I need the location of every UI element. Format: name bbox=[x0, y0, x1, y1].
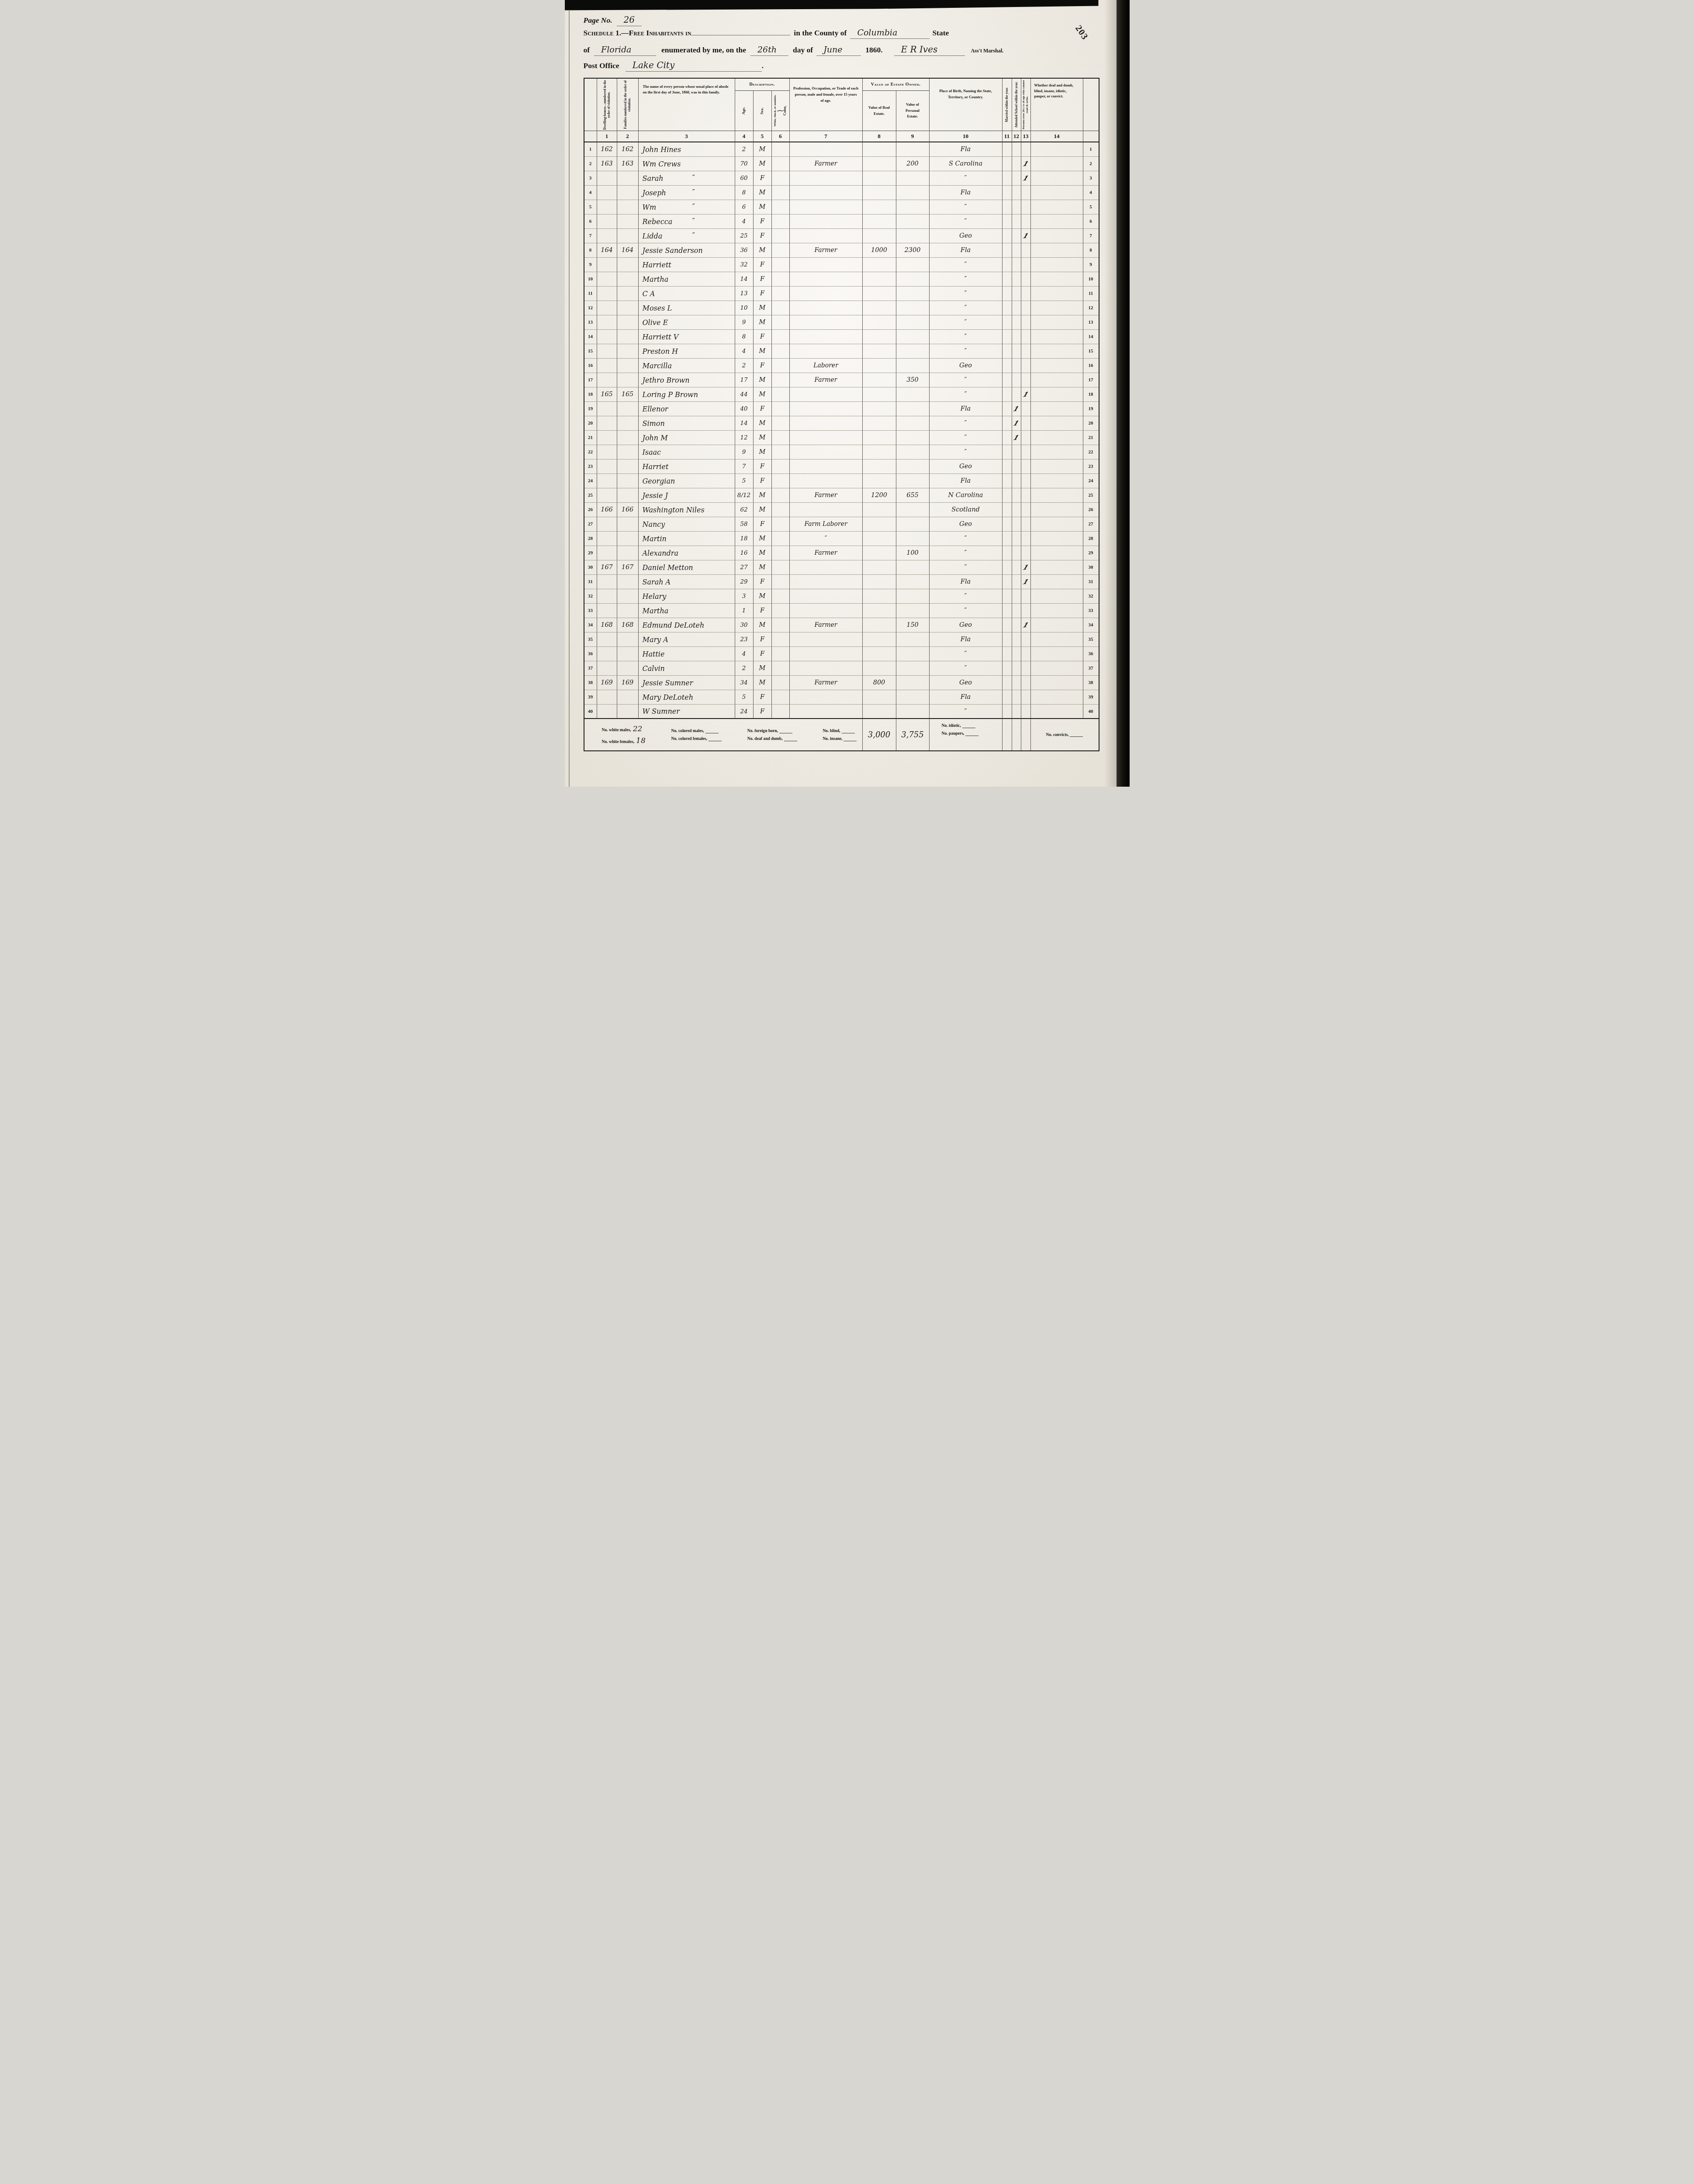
dwelling-number: 162 bbox=[597, 142, 617, 157]
color-value bbox=[772, 546, 790, 560]
color-value bbox=[772, 661, 790, 676]
color-value bbox=[772, 445, 790, 460]
convicts-blank bbox=[1070, 733, 1083, 737]
attended-school-mark bbox=[1012, 705, 1021, 719]
attended-school-mark: 1 bbox=[1012, 416, 1021, 431]
paupers-label: No. paupers, bbox=[942, 731, 965, 736]
dwelling-number bbox=[597, 373, 617, 387]
color-value bbox=[772, 632, 790, 647]
birthplace-value: Fla bbox=[930, 690, 1003, 705]
header-occupation: Profession, Occupation, or Trade of each… bbox=[790, 79, 863, 131]
remarks-value bbox=[1031, 532, 1083, 546]
row-line-number-right: 30 bbox=[1083, 560, 1099, 575]
occupation-value: Farmer bbox=[790, 157, 863, 171]
person-name: John Hines bbox=[639, 142, 735, 157]
married-within-year-mark bbox=[1003, 387, 1012, 402]
remarks-value bbox=[1031, 604, 1083, 618]
age-value: 4 bbox=[735, 214, 754, 229]
sex-value: M bbox=[754, 431, 772, 445]
personal-estate-value bbox=[896, 344, 930, 359]
header-description-group: Description. bbox=[735, 79, 790, 91]
remarks-value bbox=[1031, 258, 1083, 272]
remarks-value bbox=[1031, 359, 1083, 373]
color-value bbox=[772, 243, 790, 258]
row-line-number-right: 11 bbox=[1083, 287, 1099, 301]
birthplace-value: ″ bbox=[930, 661, 1003, 676]
age-value: 10 bbox=[735, 301, 754, 315]
convicts-tally: No. convicts, bbox=[1031, 719, 1099, 750]
sex-value: M bbox=[754, 618, 772, 632]
real-estate-value bbox=[863, 214, 896, 229]
estate-group-label: Value of Estate Owned. bbox=[871, 82, 920, 87]
header-estate-group: Value of Estate Owned. bbox=[863, 79, 930, 91]
birthplace-value: Fla bbox=[930, 632, 1003, 647]
header-color: White, black, or mulatto. { Color, bbox=[772, 91, 790, 131]
color-value bbox=[772, 705, 790, 719]
remarks-value bbox=[1031, 560, 1083, 575]
white-tally: No. white males,22 No. white females,18 bbox=[602, 722, 646, 748]
real-estate-value bbox=[863, 460, 896, 474]
birthplace-value: ″ bbox=[930, 301, 1003, 315]
attended-school-mark bbox=[1012, 560, 1021, 575]
dwelling-header-label: Dwelling-houses—numbered in the order of… bbox=[603, 79, 611, 130]
day-value: 26th bbox=[750, 45, 788, 56]
row-line-number-right: 37 bbox=[1083, 661, 1099, 676]
remarks-value bbox=[1031, 632, 1083, 647]
personal-estate-value bbox=[896, 532, 930, 546]
colored-females-label: No. colored females, bbox=[671, 736, 707, 741]
real-estate-value bbox=[863, 575, 896, 589]
dwelling-number: 168 bbox=[597, 618, 617, 632]
dwelling-number: 167 bbox=[597, 560, 617, 575]
surname-ditto-mark: ″ bbox=[692, 202, 695, 211]
birthplace-value: ″ bbox=[930, 171, 1003, 186]
cannot-read-write-mark: 1 bbox=[1021, 229, 1031, 243]
cannot-read-write-mark bbox=[1021, 676, 1031, 690]
personal-estate-value bbox=[896, 575, 930, 589]
family-number bbox=[617, 431, 639, 445]
cannot-read-write-mark: 1 bbox=[1021, 387, 1031, 402]
age-value: 2 bbox=[735, 359, 754, 373]
person-name-text: Jessie J bbox=[643, 491, 668, 500]
real-estate-value bbox=[863, 503, 896, 517]
remarks-header-label: Whether deaf and dumb, blind, insane, id… bbox=[1031, 79, 1083, 100]
remarks-value bbox=[1031, 445, 1083, 460]
personal-estate-value bbox=[896, 287, 930, 301]
header-dwelling: Dwelling-houses—numbered in the order of… bbox=[597, 79, 617, 131]
color-value bbox=[772, 402, 790, 416]
deaf-dumb-label: No. deaf and dumb, bbox=[747, 736, 783, 741]
real-estate-header-label: Value of Real Estate. bbox=[863, 105, 896, 117]
person-name-text: John Hines bbox=[643, 145, 681, 154]
remarks-value bbox=[1031, 287, 1083, 301]
row-line-number-right: 6 bbox=[1083, 214, 1099, 229]
sex-value: F bbox=[754, 632, 772, 647]
age-value: 17 bbox=[735, 373, 754, 387]
row-line-number-right: 20 bbox=[1083, 416, 1099, 431]
attended-school-mark: 1 bbox=[1012, 431, 1021, 445]
column-number-4: 4 bbox=[735, 131, 754, 142]
age-value: 23 bbox=[735, 632, 754, 647]
person-name-text: Marcilla bbox=[643, 362, 672, 370]
personal-estate-value bbox=[896, 647, 930, 661]
row-line-number: 30 bbox=[584, 560, 597, 575]
sex-value: F bbox=[754, 229, 772, 243]
row-line-number-right: 27 bbox=[1083, 517, 1099, 532]
person-name-text: C A bbox=[643, 290, 655, 298]
row-line-number-right: 12 bbox=[1083, 301, 1099, 315]
remarks-value bbox=[1031, 488, 1083, 503]
person-name-text: Helary bbox=[643, 592, 667, 601]
occupation-value bbox=[790, 171, 863, 186]
column-number-3: 3 bbox=[639, 131, 735, 142]
color-value bbox=[772, 330, 790, 344]
color-value bbox=[772, 460, 790, 474]
real-estate-value: 800 bbox=[863, 676, 896, 690]
family-number: 165 bbox=[617, 387, 639, 402]
school-tick: 1 bbox=[1012, 434, 1020, 442]
cannot-read-write-mark bbox=[1021, 402, 1031, 416]
cannot-read-write-mark bbox=[1021, 287, 1031, 301]
family-number bbox=[617, 532, 639, 546]
remarks-value bbox=[1031, 647, 1083, 661]
sex-value: F bbox=[754, 460, 772, 474]
family-number: 163 bbox=[617, 157, 639, 171]
row-line-number: 18 bbox=[584, 387, 597, 402]
cannot-read-write-mark bbox=[1021, 200, 1031, 214]
family-number bbox=[617, 258, 639, 272]
header-line-number-left bbox=[584, 79, 597, 131]
married-within-year-mark bbox=[1003, 171, 1012, 186]
family-header-label: Families numbered in the order of visita… bbox=[623, 79, 632, 130]
cannot-read-write-mark bbox=[1021, 142, 1031, 157]
row-line-number: 2 bbox=[584, 157, 597, 171]
cannot-read-write-mark bbox=[1021, 632, 1031, 647]
person-name: Jessie Sanderson bbox=[639, 243, 735, 258]
row-line-number: 27 bbox=[584, 517, 597, 532]
row-line-number: 32 bbox=[584, 589, 597, 604]
person-name-text: John M bbox=[643, 434, 668, 442]
footer-blank-13 bbox=[1021, 719, 1031, 750]
age-value: 24 bbox=[735, 705, 754, 719]
person-name-text: Lidda bbox=[643, 232, 663, 240]
personal-estate-value bbox=[896, 431, 930, 445]
color-value bbox=[772, 560, 790, 575]
married-header-label: Married within the year. bbox=[1005, 87, 1009, 122]
real-estate-value bbox=[863, 416, 896, 431]
column-number-8: 8 bbox=[863, 131, 896, 142]
header-birthplace: Place of Birth, Naming the State, Territ… bbox=[930, 79, 1003, 131]
age-value: 12 bbox=[735, 431, 754, 445]
occupation-value: Farmer bbox=[790, 676, 863, 690]
personal-estate-value bbox=[896, 330, 930, 344]
married-within-year-mark bbox=[1003, 373, 1012, 387]
row-line-number: 36 bbox=[584, 647, 597, 661]
row-line-number: 31 bbox=[584, 575, 597, 589]
color-value bbox=[772, 171, 790, 186]
person-name: Simon bbox=[639, 416, 735, 431]
birthplace-value: ″ bbox=[930, 546, 1003, 560]
colored-males-blank bbox=[705, 729, 719, 733]
age-value: 34 bbox=[735, 676, 754, 690]
personal-estate-value bbox=[896, 661, 930, 676]
dwelling-number bbox=[597, 589, 617, 604]
occupation-value bbox=[790, 460, 863, 474]
dwelling-number bbox=[597, 661, 617, 676]
blind-label: No. blind, bbox=[823, 729, 840, 733]
cannot-read-write-mark bbox=[1021, 359, 1031, 373]
footer-tallies: No. white males,22 No. white females,18 … bbox=[584, 719, 863, 750]
color-value bbox=[772, 359, 790, 373]
column-number-11: 11 bbox=[1003, 131, 1012, 142]
person-name-text: Preston H bbox=[643, 347, 678, 356]
dwelling-number bbox=[597, 402, 617, 416]
color-value bbox=[772, 157, 790, 171]
sex-value: F bbox=[754, 402, 772, 416]
real-estate-value bbox=[863, 186, 896, 200]
cannot-read-write-mark: 1 bbox=[1021, 575, 1031, 589]
personal-estate-value: 150 bbox=[896, 618, 930, 632]
idiotic-paupers-tally: No. idiotic, No. paupers, bbox=[930, 719, 1003, 750]
cannot-read-write-mark bbox=[1021, 589, 1031, 604]
color-value bbox=[772, 258, 790, 272]
personal-estate-value bbox=[896, 589, 930, 604]
attended-school-mark bbox=[1012, 258, 1021, 272]
person-name-text: Martin bbox=[643, 535, 667, 543]
family-number bbox=[617, 330, 639, 344]
family-number bbox=[617, 546, 639, 560]
dwelling-number bbox=[597, 632, 617, 647]
post-office-value: Lake City bbox=[626, 60, 762, 72]
sex-value: M bbox=[754, 157, 772, 171]
real-estate-value bbox=[863, 618, 896, 632]
age-value: 4 bbox=[735, 344, 754, 359]
header-school: Attended School within the year. bbox=[1012, 79, 1021, 131]
birthplace-value: ″ bbox=[930, 416, 1003, 431]
row-line-number-right: 18 bbox=[1083, 387, 1099, 402]
cannot-read-tick: 1 bbox=[1022, 232, 1030, 240]
birthplace-value: ″ bbox=[930, 560, 1003, 575]
cannot-read-write-mark bbox=[1021, 488, 1031, 503]
real-estate-value bbox=[863, 546, 896, 560]
person-name: Nancy bbox=[639, 517, 735, 532]
family-number bbox=[617, 705, 639, 719]
page-number-label: Page No. bbox=[584, 16, 612, 25]
attended-school-mark bbox=[1012, 344, 1021, 359]
birthplace-value: Fla bbox=[930, 142, 1003, 157]
occupation-value: ″ bbox=[790, 532, 863, 546]
sex-value: F bbox=[754, 330, 772, 344]
row-line-number-right: 17 bbox=[1083, 373, 1099, 387]
married-within-year-mark bbox=[1003, 258, 1012, 272]
person-name-text: W Sumner bbox=[643, 707, 680, 715]
person-name-text: Rebecca bbox=[643, 218, 673, 226]
occupation-value bbox=[790, 604, 863, 618]
row-line-number: 28 bbox=[584, 532, 597, 546]
person-name: Harriet bbox=[639, 460, 735, 474]
color-value bbox=[772, 200, 790, 214]
age-value: 8 bbox=[735, 186, 754, 200]
family-number bbox=[617, 229, 639, 243]
remarks-value bbox=[1031, 214, 1083, 229]
personal-estate-value bbox=[896, 445, 930, 460]
real-estate-value: 1200 bbox=[863, 488, 896, 503]
age-value: 14 bbox=[735, 272, 754, 287]
color-value bbox=[772, 416, 790, 431]
birthplace-value: ″ bbox=[930, 272, 1003, 287]
person-name-text: Moses L bbox=[643, 304, 672, 312]
remarks-value bbox=[1031, 676, 1083, 690]
row-line-number: 23 bbox=[584, 460, 597, 474]
row-line-number-right: 9 bbox=[1083, 258, 1099, 272]
attended-school-mark bbox=[1012, 315, 1021, 330]
row-line-number: 34 bbox=[584, 618, 597, 632]
row-line-number: 38 bbox=[584, 676, 597, 690]
attended-school-mark bbox=[1012, 200, 1021, 214]
birthplace-value: ″ bbox=[930, 287, 1003, 301]
row-line-number: 1 bbox=[584, 142, 597, 157]
cannot-read-write-mark bbox=[1021, 546, 1031, 560]
column-number-14: 14 bbox=[1031, 131, 1083, 142]
sex-value: F bbox=[754, 171, 772, 186]
age-value: 58 bbox=[735, 517, 754, 532]
real-estate-value bbox=[863, 272, 896, 287]
person-name-text: Georgian bbox=[643, 477, 675, 485]
sex-value: F bbox=[754, 705, 772, 719]
sex-value: F bbox=[754, 272, 772, 287]
person-name: Washington Niles bbox=[639, 503, 735, 517]
personal-estate-value bbox=[896, 632, 930, 647]
age-value: 6 bbox=[735, 200, 754, 214]
occupation-value bbox=[790, 315, 863, 330]
married-within-year-mark bbox=[1003, 214, 1012, 229]
birthplace-value: N Carolina bbox=[930, 488, 1003, 503]
attended-school-mark bbox=[1012, 157, 1021, 171]
dwelling-number bbox=[597, 532, 617, 546]
row-line-number-right: 32 bbox=[1083, 589, 1099, 604]
person-name-text: Daniel Metton bbox=[643, 563, 693, 572]
row-line-number-right: 33 bbox=[1083, 604, 1099, 618]
occupation-value bbox=[790, 705, 863, 719]
occupation-value bbox=[790, 647, 863, 661]
cannot-read-write-mark bbox=[1021, 416, 1031, 431]
married-within-year-mark bbox=[1003, 517, 1012, 532]
row-line-number-right: 36 bbox=[1083, 647, 1099, 661]
row-line-number: 7 bbox=[584, 229, 597, 243]
occupation-value bbox=[790, 142, 863, 157]
person-name: Mary DeLoteh bbox=[639, 690, 735, 705]
age-value: 44 bbox=[735, 387, 754, 402]
attended-school-mark bbox=[1012, 373, 1021, 387]
birthplace-value: ″ bbox=[930, 214, 1003, 229]
foreign-born-blank bbox=[779, 729, 792, 733]
color-value bbox=[772, 517, 790, 532]
row-line-number-right: 26 bbox=[1083, 503, 1099, 517]
dwelling-number bbox=[597, 546, 617, 560]
family-number: 168 bbox=[617, 618, 639, 632]
white-females-label: No. white females, bbox=[602, 740, 635, 744]
age-value: 16 bbox=[735, 546, 754, 560]
surname-ditto-mark: ″ bbox=[692, 217, 695, 225]
birthplace-value: ″ bbox=[930, 315, 1003, 330]
attended-school-mark bbox=[1012, 517, 1021, 532]
row-line-number-right: 14 bbox=[1083, 330, 1099, 344]
row-line-number: 17 bbox=[584, 373, 597, 387]
birthplace-value: ″ bbox=[930, 705, 1003, 719]
color-value bbox=[772, 229, 790, 243]
row-line-number: 26 bbox=[584, 503, 597, 517]
row-line-number: 8 bbox=[584, 243, 597, 258]
surname-ditto-mark: ″ bbox=[692, 231, 695, 239]
person-name-text: Mary DeLoteh bbox=[643, 693, 693, 702]
year-value: 1860. bbox=[865, 45, 882, 55]
cannot-read-write-mark bbox=[1021, 503, 1031, 517]
row-line-number-right: 1 bbox=[1083, 142, 1099, 157]
dwelling-number bbox=[597, 258, 617, 272]
remarks-value bbox=[1031, 200, 1083, 214]
person-name: Sarah A bbox=[639, 575, 735, 589]
married-within-year-mark bbox=[1003, 315, 1012, 330]
marshal-signature: E R Ives bbox=[894, 44, 965, 56]
married-within-year-mark bbox=[1003, 200, 1012, 214]
remarks-value bbox=[1031, 618, 1083, 632]
occupation-value: Farmer bbox=[790, 546, 863, 560]
person-name: Jethro Brown bbox=[639, 373, 735, 387]
real-estate-value bbox=[863, 647, 896, 661]
married-within-year-mark bbox=[1003, 661, 1012, 676]
family-number bbox=[617, 517, 639, 532]
row-line-number: 15 bbox=[584, 344, 597, 359]
person-name: Jessie Sumner bbox=[639, 676, 735, 690]
person-name: Harriett V bbox=[639, 330, 735, 344]
real-estate-value bbox=[863, 157, 896, 171]
family-number bbox=[617, 171, 639, 186]
real-estate-value bbox=[863, 142, 896, 157]
person-name-text: Jessie Sumner bbox=[643, 679, 693, 687]
column-number-1: 1 bbox=[597, 131, 617, 142]
occupation-value bbox=[790, 214, 863, 229]
row-line-number-right: 29 bbox=[1083, 546, 1099, 560]
occupation-value bbox=[790, 258, 863, 272]
page-stamp: 203 bbox=[1073, 23, 1090, 42]
married-within-year-mark bbox=[1003, 546, 1012, 560]
dwelling-number bbox=[597, 690, 617, 705]
color-value bbox=[772, 647, 790, 661]
married-within-year-mark bbox=[1003, 416, 1012, 431]
idiotic-blank bbox=[962, 724, 975, 728]
birthplace-value: Geo bbox=[930, 517, 1003, 532]
row-line-number-right: 2 bbox=[1083, 157, 1099, 171]
real-estate-value bbox=[863, 387, 896, 402]
married-within-year-mark bbox=[1003, 575, 1012, 589]
age-value: 30 bbox=[735, 618, 754, 632]
real-estate-value bbox=[863, 315, 896, 330]
schedule-title-line: Schedule 1.—Free Inhabitants in in the C… bbox=[584, 28, 949, 39]
personal-estate-value bbox=[896, 171, 930, 186]
person-name: C A bbox=[639, 287, 735, 301]
family-number bbox=[617, 416, 639, 431]
birthplace-value: ″ bbox=[930, 445, 1003, 460]
married-within-year-mark bbox=[1003, 618, 1012, 632]
married-within-year-mark bbox=[1003, 272, 1012, 287]
age-value: 70 bbox=[735, 157, 754, 171]
scan-artifact-right-band bbox=[1117, 0, 1130, 787]
row-line-number: 16 bbox=[584, 359, 597, 373]
married-within-year-mark bbox=[1003, 690, 1012, 705]
family-number bbox=[617, 632, 639, 647]
page-number-line: Page No. 26 bbox=[584, 14, 642, 26]
real-estate-value bbox=[863, 690, 896, 705]
